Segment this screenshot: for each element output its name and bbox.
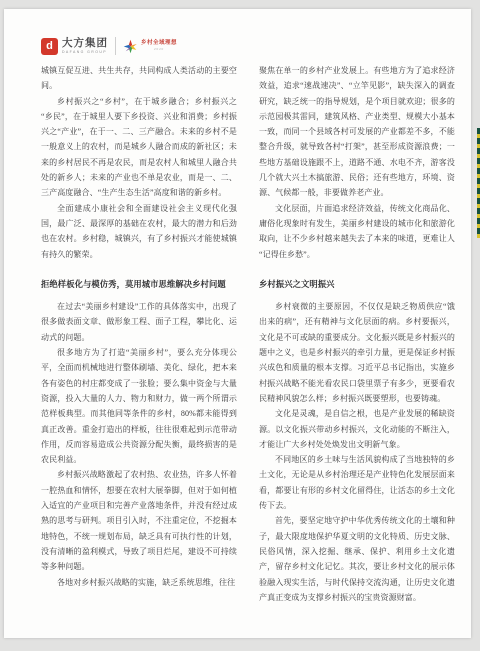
paragraph: 乡村振兴之“乡村”，在于城乡融合；乡村振兴之“乡民”，在于城里人要下乡投资、兴业… [41,94,237,201]
dafang-group-logo: d 大方集团 DAFANG GROUP [41,38,108,55]
paragraph: 文化层面，片面追求经济效益，传统文化商品化、庸俗化现象时有发生，美丽乡村建设的城… [259,201,455,262]
right-column: 聚焦在单一的乡村产业发展上。有些地方为了追求经济效益，追求“速战速决”、“立竿见… [259,63,455,605]
paragraph: 聚焦在单一的乡村产业发展上。有些地方为了追求经济效益，追求“速战速决”、“立竿见… [259,63,455,201]
dafang-logo-mark-icon: d [41,38,58,55]
paragraph: 不同地区的乡土味与生活风貌构成了当地独特的乡土文化，无论是从乡村治理还是产业特色… [259,452,455,513]
partner-logo-name: 乡村全域理想 [141,41,177,47]
page-canvas: d 大方集团 DAFANG GROUP 乡村全域理想 2020 [0,0,480,651]
left-column: 城镇互促互进、共生共存，共同构成人类活动的主要空间。 乡村振兴之“乡村”，在于城… [41,63,237,590]
dafang-logo-name: 大方集团 [62,38,108,49]
partner-logo-text: 乡村全域理想 2020 [141,41,177,52]
partner-logo: 乡村全域理想 2020 [123,39,177,54]
page-header: d 大方集团 DAFANG GROUP 乡村全域理想 2020 [41,33,177,59]
paragraph: 首先，要坚定地守护中华优秀传统文化的土壤和种子，最大限度地保护华夏文明的文化特质… [259,513,455,605]
paragraph: 在过去“美丽乡村建设”工作的具体落实中，出现了很多做表面文章、做形象工程、面子工… [41,299,237,345]
paragraph: 城镇互促互进、共生共存，共同构成人类活动的主要空间。 [41,63,237,94]
header-logo-divider [115,37,116,55]
section-heading: 拒绝样板化与模仿秀，莫用城市思维解决乡村问题 [41,277,237,292]
dafang-logo-text: 大方集团 DAFANG GROUP [62,38,108,54]
paragraph: 乡村振兴战略激起了农村热、农业热，许多人怀着一腔热血和情怀，想要在农村大展拳脚，… [41,467,237,574]
section-heading: 乡村振兴之文明振兴 [259,277,455,292]
paragraph: 很多地方为了打造“美丽乡村”，要么充分体现公平，全面而机械地进行整体刷墙、美化、… [41,345,237,467]
paragraph: 全面建成小康社会和全面建设社会主义现代化强国，最广泛、最深厚的基础在农村，最大的… [41,201,237,262]
dafang-logo-name-en: DAFANG GROUP [62,51,108,55]
star-flower-icon [123,39,138,54]
partner-logo-year: 2020 [141,48,177,52]
paragraph: 乡村衰微的主要原因，不仅仅是缺乏物质供应“饿出来的病”，还有精神与文化层面的病。… [259,299,455,406]
paragraph: 文化是灵魂，是自信之根，也是产业发展的稀缺资源。以文化振兴带动乡村振兴，文化动能… [259,406,455,452]
paragraph: 各地对乡村振兴战略的实施，缺乏系统思维，往往 [41,575,237,590]
